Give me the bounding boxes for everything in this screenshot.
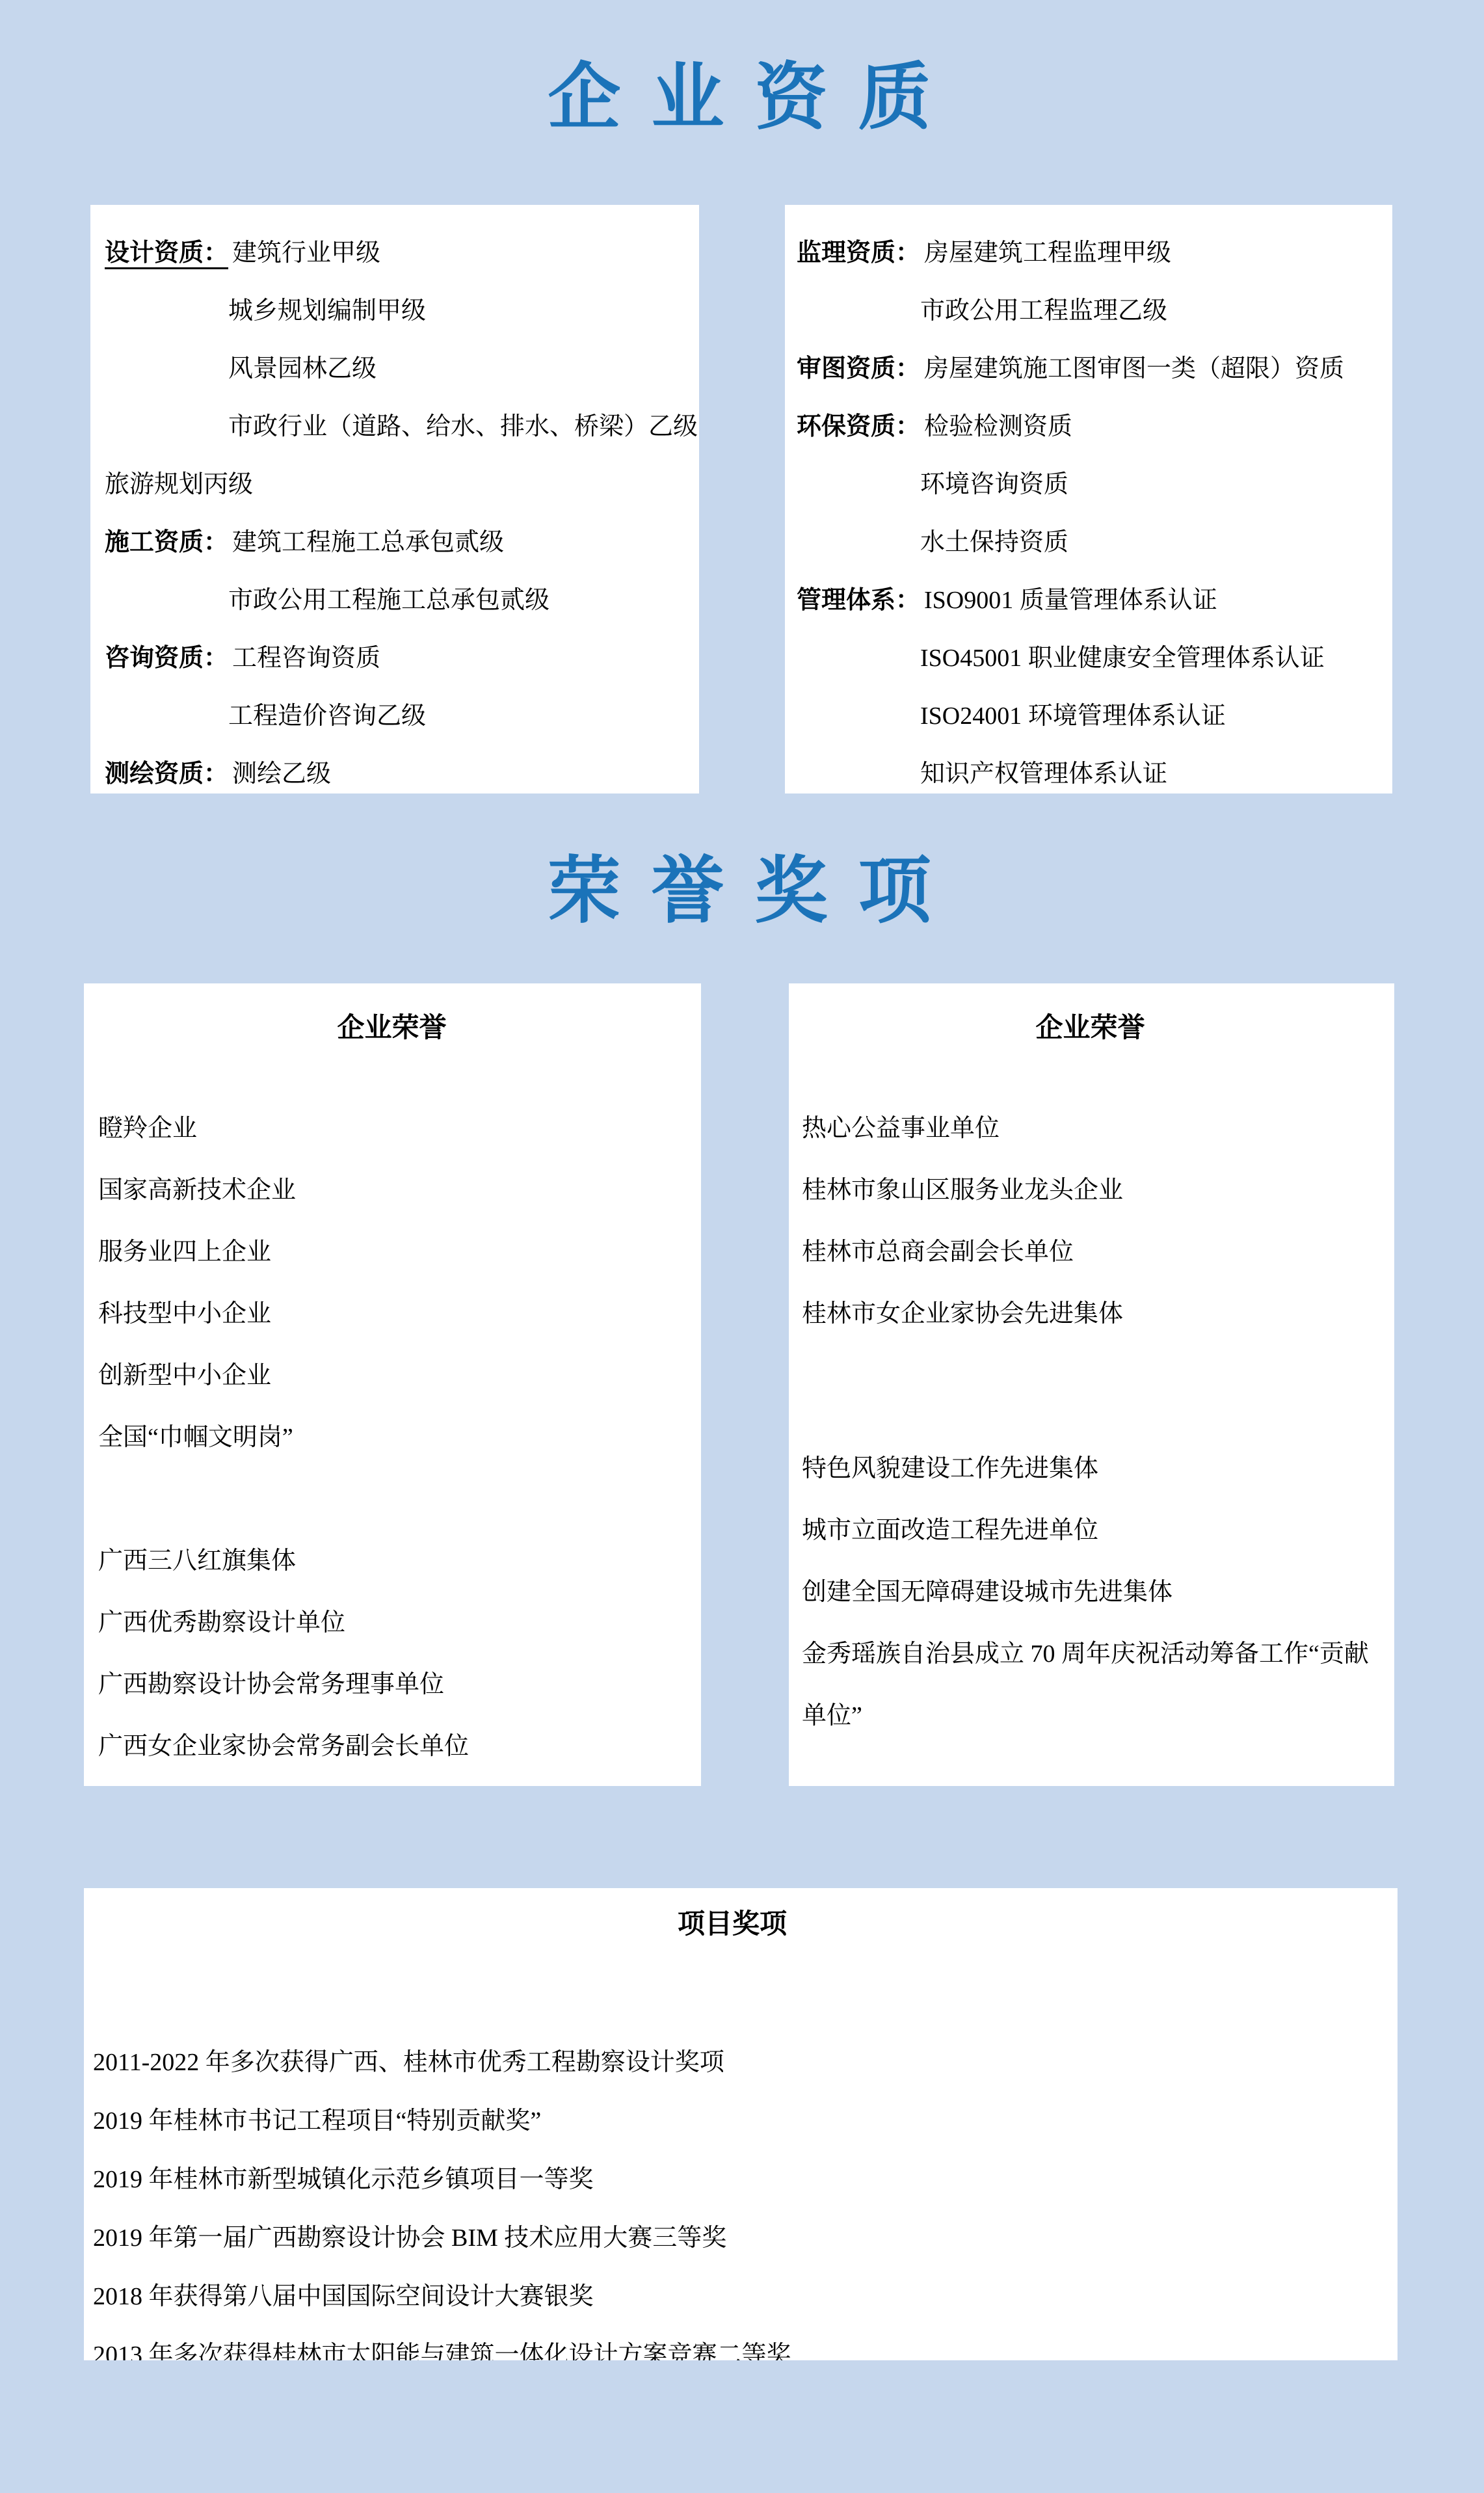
qualification-category-label: 环保资质： xyxy=(797,413,920,440)
honor-item: 桂林市象山区服务业龙头企业 xyxy=(802,1160,1379,1221)
qualification-text: 市政公用工程施工总承包贰级 xyxy=(228,587,550,614)
qualification-lines: 设计资质：建筑行业甲级城乡规划编制甲级风景园林乙级市政行业（道路、给水、排水、桥… xyxy=(105,224,690,793)
qualifications-title: 企 业 资 质 xyxy=(0,55,1484,140)
qualification-line: 设计资质：建筑行业甲级 xyxy=(105,224,690,282)
honor-item: 广西优秀勘察设计单位 xyxy=(98,1592,685,1654)
qualification-line: 旅游规划丙级 xyxy=(105,456,690,514)
honor-item: 创新型中小企业 xyxy=(98,1345,685,1407)
qualification-text: 环境咨询资质 xyxy=(920,471,1068,498)
qualification-category-label: 施工资质： xyxy=(105,529,228,556)
qualification-category-label: 测绘资质： xyxy=(105,760,228,788)
award-item: 2019 年桂林市书记工程项目“特别贡献奖” xyxy=(93,2092,1371,2150)
honors-section: 企业荣誉 瞪羚企业国家高新技术企业服务业四上企业科技型中小企业创新型中小企业全国… xyxy=(84,983,1484,1786)
honor-item: 全国“巾帼文明岗” xyxy=(98,1407,685,1469)
honor-item: 广西女企业家协会常务副会长单位 xyxy=(98,1716,685,1778)
qualification-line: ISO45001 职业健康安全管理体系认证 xyxy=(797,630,1383,687)
qualification-text: 旅游规划丙级 xyxy=(105,471,253,498)
award-items: 2011-2022 年多次获得广西、桂林市优秀工程勘察设计奖项2019 年桂林市… xyxy=(93,2033,1371,2360)
qualification-text: 知识产权管理体系认证 xyxy=(920,760,1167,788)
qualification-text: 测绘乙级 xyxy=(232,760,331,788)
qualification-text: 市政公用工程监理乙级 xyxy=(920,297,1167,325)
honor-items: 热心公益事业单位桂林市象山区服务业龙头企业桂林市总商会副会长单位桂林市女企业家协… xyxy=(802,1098,1379,1747)
qualification-text: 工程咨询资质 xyxy=(232,645,380,672)
honor-item: 瞪羚企业 xyxy=(98,1098,685,1160)
honor-item: 特色风貌建设工作先进集体 xyxy=(802,1438,1379,1500)
qualification-line: 审图资质：房屋建筑施工图审图一类（超限）资质 xyxy=(797,340,1383,398)
qualification-category-label: 咨询资质： xyxy=(105,645,228,672)
qualification-text: 检验检测资质 xyxy=(924,413,1072,440)
qualification-line: 市政公用工程施工总承包贰级 xyxy=(105,572,690,630)
award-item: 2011-2022 年多次获得广西、桂林市优秀工程勘察设计奖项 xyxy=(93,2033,1371,2092)
qualification-category-label: 审图资质： xyxy=(797,355,920,382)
qualification-text: 市政行业（道路、给水、排水、桥梁）乙级 xyxy=(228,413,698,440)
honors-title: 荣 誉 奖 项 xyxy=(0,849,1484,933)
honors-right-box: 企业荣誉 热心公益事业单位桂林市象山区服务业龙头企业桂林市总商会副会长单位桂林市… xyxy=(789,983,1394,1786)
qualification-text: 水土保持资质 xyxy=(920,529,1068,556)
award-item: 2019 年第一届广西勘察设计协会 BIM 技术应用大赛三等奖 xyxy=(93,2209,1371,2267)
qualification-text: ISO45001 职业健康安全管理体系认证 xyxy=(920,645,1325,672)
qualification-line: 环境咨询资质 xyxy=(797,456,1383,514)
honor-item: 广西勘察设计协会会员单位诚信评估 AA 等级 xyxy=(98,1778,685,1786)
qualifications-left-box: 设计资质：建筑行业甲级城乡规划编制甲级风景园林乙级市政行业（道路、给水、排水、桥… xyxy=(90,205,699,793)
honors-right-header: 企业荣誉 xyxy=(802,1013,1379,1043)
qualification-category-label: 监理资质： xyxy=(797,239,920,267)
qualification-line: 知识产权管理体系认证 xyxy=(797,745,1383,793)
honor-item: 桂林市总商会副会长单位 xyxy=(802,1221,1379,1283)
honor-items: 瞪羚企业国家高新技术企业服务业四上企业科技型中小企业创新型中小企业全国“巾帼文明… xyxy=(98,1098,685,1786)
honor-item: 科技型中小企业 xyxy=(98,1283,685,1345)
honor-item: 创建全国无障碍建设城市先进集体 xyxy=(802,1562,1379,1623)
honor-item: 广西三八红旗集体 xyxy=(98,1530,685,1592)
honor-item: 服务业四上企业 xyxy=(98,1221,685,1283)
qualification-line: 管理体系：ISO9001 质量管理体系认证 xyxy=(797,572,1383,630)
qualification-line: 工程造价咨询乙级 xyxy=(105,687,690,745)
qualification-line: ISO24001 环境管理体系认证 xyxy=(797,687,1383,745)
qualifications-section: 设计资质：建筑行业甲级城乡规划编制甲级风景园林乙级市政行业（道路、给水、排水、桥… xyxy=(90,205,1484,793)
document-page: 企 业 资 质 设计资质：建筑行业甲级城乡规划编制甲级风景园林乙级市政行业（道路… xyxy=(0,0,1484,2493)
project-awards-box: 项目奖项 2011-2022 年多次获得广西、桂林市优秀工程勘察设计奖项2019… xyxy=(84,1888,1398,2360)
qualification-line: 市政行业（道路、给水、排水、桥梁）乙级 xyxy=(105,398,690,456)
honor-item: 广西勘察设计协会常务理事单位 xyxy=(98,1654,685,1716)
qualification-line: 市政公用工程监理乙级 xyxy=(797,282,1383,340)
qualification-category-label: 设计资质： xyxy=(105,239,228,267)
qualification-lines: 监理资质：房屋建筑工程监理甲级市政公用工程监理乙级审图资质：房屋建筑施工图审图一… xyxy=(797,224,1383,793)
qualification-text: 建筑行业甲级 xyxy=(232,239,380,267)
qualification-text: 城乡规划编制甲级 xyxy=(228,297,426,325)
qualification-line: 城乡规划编制甲级 xyxy=(105,282,690,340)
award-item: 2013 年多次获得桂林市太阳能与建筑一体化设计方案竞赛二等奖 xyxy=(93,2326,1371,2360)
qualifications-right-box: 监理资质：房屋建筑工程监理甲级市政公用工程监理乙级审图资质：房屋建筑施工图审图一… xyxy=(785,205,1392,793)
qualification-text: 房屋建筑施工图审图一类（超限）资质 xyxy=(924,355,1344,382)
project-awards-header: 项目奖项 xyxy=(93,1909,1371,1939)
honor-item: 金秀瑶族自治县成立 70 周年庆祝活动筹备工作“贡献单位” xyxy=(802,1623,1379,1747)
qualification-line: 施工资质：建筑工程施工总承包贰级 xyxy=(105,514,690,572)
honor-item: 热心公益事业单位 xyxy=(802,1098,1379,1160)
honor-item: 国家高新技术企业 xyxy=(98,1160,685,1221)
qualification-line: 环保资质：检验检测资质 xyxy=(797,398,1383,456)
qualification-text: 工程造价咨询乙级 xyxy=(228,702,426,730)
honor-item: 城市立面改造工程先进单位 xyxy=(802,1500,1379,1562)
award-item: 2018 年获得第八届中国国际空间设计大赛银奖 xyxy=(93,2267,1371,2326)
qualification-text: ISO24001 环境管理体系认证 xyxy=(920,702,1226,730)
qualification-text: ISO9001 质量管理体系认证 xyxy=(924,587,1217,614)
qualification-line: 咨询资质：工程咨询资质 xyxy=(105,630,690,687)
qualification-line: 风景园林乙级 xyxy=(105,340,690,398)
honors-left-header: 企业荣誉 xyxy=(98,1013,685,1043)
honors-left-box: 企业荣誉 瞪羚企业国家高新技术企业服务业四上企业科技型中小企业创新型中小企业全国… xyxy=(84,983,701,1786)
award-item: 2019 年桂林市新型城镇化示范乡镇项目一等奖 xyxy=(93,2150,1371,2209)
qualification-line: 监理资质：房屋建筑工程监理甲级 xyxy=(797,224,1383,282)
qualification-category-label: 管理体系： xyxy=(797,587,920,614)
qualification-line: 测绘资质：测绘乙级 xyxy=(105,745,690,793)
qualification-text: 建筑工程施工总承包贰级 xyxy=(232,529,504,556)
qualification-text: 房屋建筑工程监理甲级 xyxy=(924,239,1171,267)
qualification-line: 水土保持资质 xyxy=(797,514,1383,572)
qualification-text: 风景园林乙级 xyxy=(228,355,377,382)
honor-item: 桂林市女企业家协会先进集体 xyxy=(802,1283,1379,1345)
